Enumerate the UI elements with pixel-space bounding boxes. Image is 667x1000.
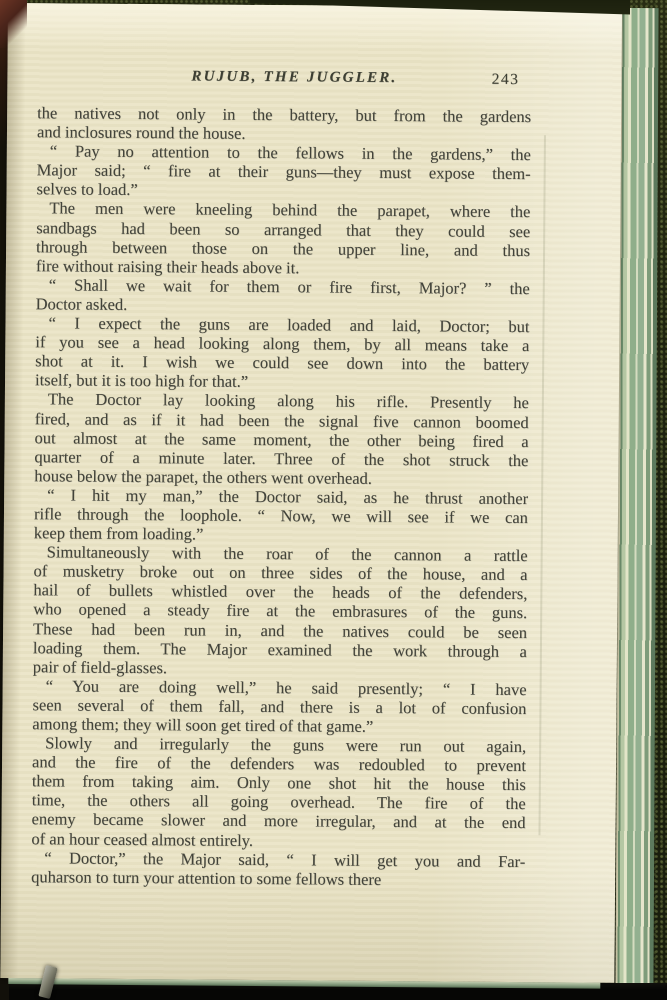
page-body: the natives not only in the battery, but… bbox=[31, 103, 531, 890]
paragraph: “ Pay no attention to the fellows in the… bbox=[36, 141, 530, 202]
paragraph: “ Shall we wait for them or fire first, … bbox=[36, 275, 530, 317]
scan-artifact-line bbox=[538, 135, 545, 835]
page-number: 243 bbox=[492, 69, 520, 90]
paragraph: “ Doctor,” the Major said, “ I will get … bbox=[31, 848, 525, 890]
running-title: RUJUB, THE JUGGLER. bbox=[191, 66, 397, 89]
page-edge-stripes bbox=[615, 8, 658, 986]
paragraph: “ You are doing well,” he said presently… bbox=[32, 676, 526, 737]
paragraph: Simultaneously with the roar of the cann… bbox=[33, 542, 528, 680]
paragraph: The men were kneeling behind the parapet… bbox=[36, 199, 531, 279]
text-line: quharson to turn your attention to some … bbox=[31, 867, 525, 890]
running-header: RUJUB, THE JUGGLER. 243 bbox=[37, 65, 531, 90]
spine-leather-corner bbox=[0, 0, 27, 48]
paragraph: “ I hit my man,” the Doctor said, as he … bbox=[34, 485, 528, 546]
scanned-book-photo: RUJUB, THE JUGGLER. 243 the natives not … bbox=[0, 0, 667, 1000]
paragraph: the natives not only in the battery, but… bbox=[37, 103, 531, 145]
book-page: RUJUB, THE JUGGLER. 243 the natives not … bbox=[0, 3, 622, 983]
paragraph: The Doctor lay looking along his rifle. … bbox=[34, 390, 529, 489]
paragraph: “ I expect the guns are loaded and laid,… bbox=[35, 313, 530, 393]
paragraph: Slowly and irregularly the guns were run… bbox=[31, 733, 526, 851]
